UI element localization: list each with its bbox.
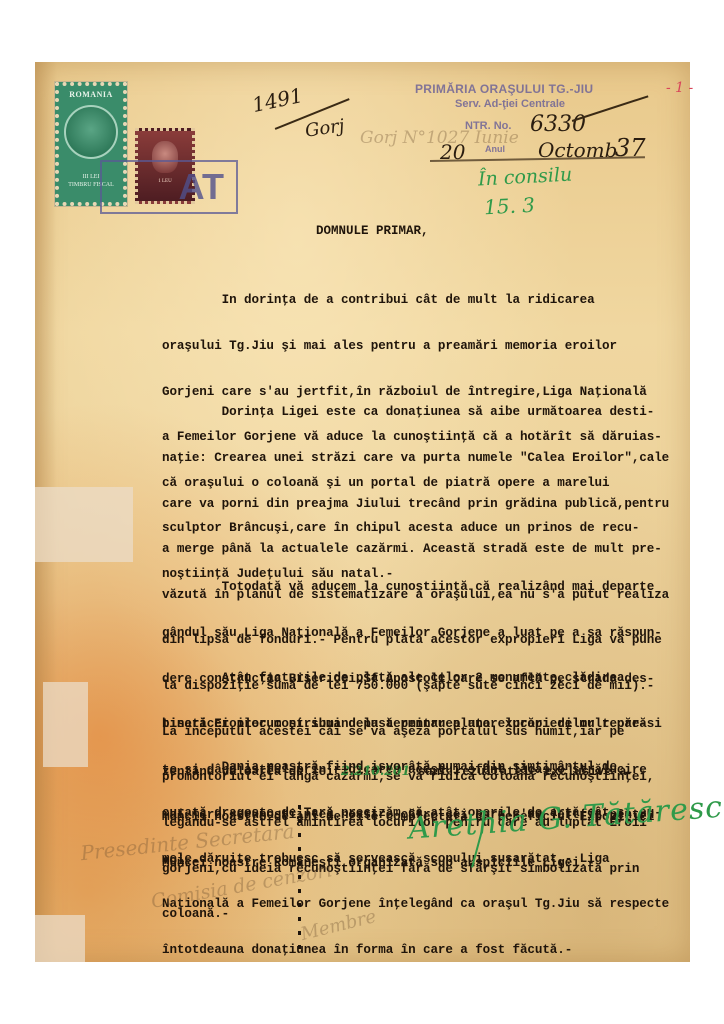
registry-number: 6330 — [530, 112, 586, 137]
registry-stamp-number-label: NTR. No. — [465, 120, 511, 132]
green-annotation-line2: 15. 3 — [483, 193, 535, 220]
paper-repair-patch — [35, 915, 85, 962]
text-line: întotdeauna donaţiunea în forma în care … — [162, 943, 669, 958]
paper-repair-patch — [35, 487, 133, 562]
text-line: naţie: Crearea unei străzi care va purta… — [162, 451, 669, 466]
text-line: care va porni din preajma Jiului trecând… — [162, 497, 669, 512]
text-line: Dania noastră fiind isvorâtă numai din s… — [162, 760, 669, 775]
stamp-header: ROMANIA — [59, 90, 123, 99]
box-stamp-text: AT — [179, 166, 224, 208]
rectangular-ink-stamp: AT — [100, 160, 238, 214]
text-line: Dorinţa Ligei este ca donaţiunea să aibe… — [162, 405, 669, 420]
registry-stamp-year-label: Anul — [485, 144, 505, 154]
registry-stamp-department: Serv. Ad-ţiei Centrale — [455, 98, 565, 110]
salutation: DOMNULE PRIMAR, — [316, 224, 429, 238]
portrait-icon — [64, 105, 118, 159]
paper-repair-patch — [43, 682, 88, 767]
page-number: - 1 - — [666, 80, 693, 96]
text-line: Atât facturile de plată ale celor 2 monu… — [162, 671, 654, 686]
text-line: gândul său,Liga Naţională a Femeilor Gor… — [162, 626, 662, 641]
text-line: Totodată vă aducem la cunoştiinţă că rea… — [162, 580, 662, 595]
text-line: mele dăruite trebuesc să servească scopu… — [162, 852, 669, 867]
text-line: Naţională a Femeilor Gorjene înţelegând … — [162, 897, 669, 912]
binding-holes — [298, 805, 301, 955]
text-line: oraşului Tg.Jiu şi mai ales pentru a pre… — [162, 339, 662, 354]
text-line: In dorinţa de a contribui cât de mult la… — [162, 293, 662, 308]
registry-stamp-title: PRIMĂRIA ORAŞULUI TG.-JIU — [415, 82, 593, 96]
paragraph-5: Dania noastră fiind isvorâtă numai din s… — [162, 730, 669, 973]
